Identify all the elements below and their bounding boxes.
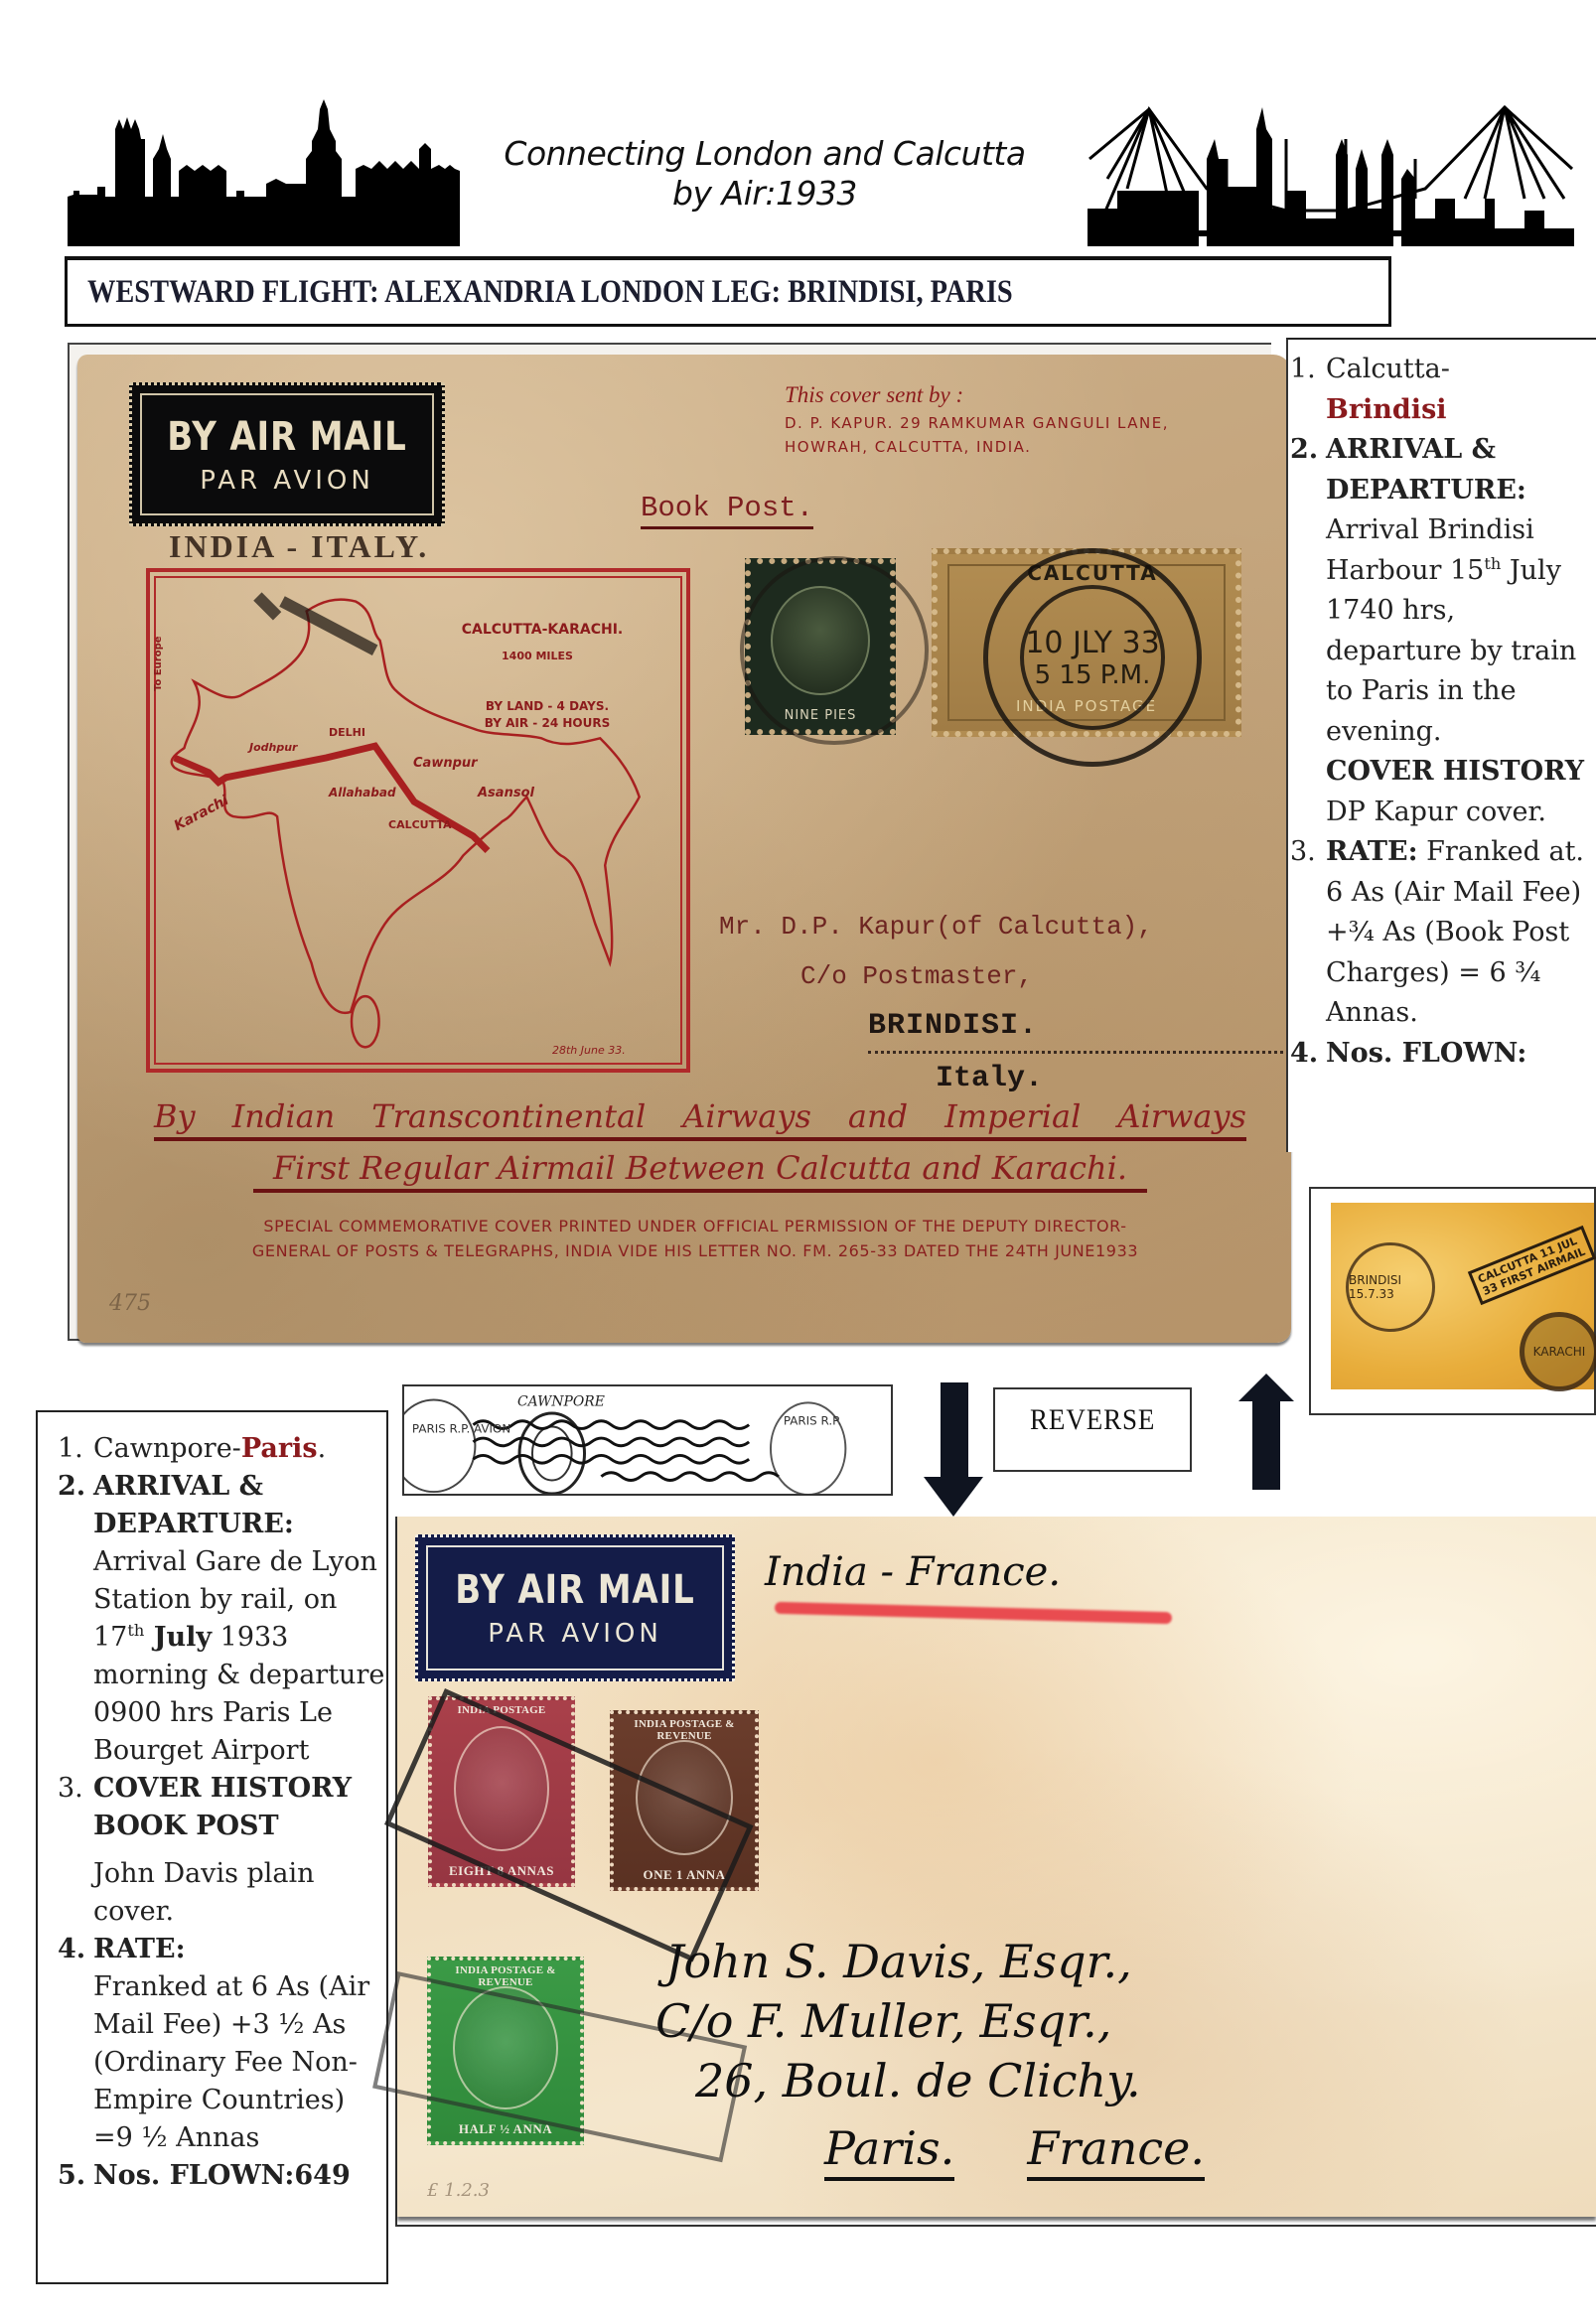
- postmark-time: 5 15 P.M.: [1035, 660, 1151, 690]
- commemorative-line-2: GENERAL OF POSTS & TELEGRAPHS, INDIA VID…: [149, 1238, 1241, 1263]
- ordinal-suffix: th: [1484, 554, 1501, 573]
- arrival-heading: ARRIVAL & DEPARTURE:: [93, 1471, 294, 1539]
- rate-text: Franked at 6 As (Air Mail Fee) +3 ½ As (…: [93, 1971, 369, 2153]
- airmail-label-line2: PAR AVION: [488, 1619, 662, 1649]
- item-number: 5.: [58, 2157, 93, 2195]
- airmail-label-line2: PAR AVION: [200, 466, 374, 496]
- map-distance: 1400 MILES: [438, 650, 637, 662]
- arrow-up-icon: [1238, 1374, 1294, 1490]
- info-item-rate: 4. RATE: Franked at 6 As (Air Mail Fee) …: [58, 1931, 386, 2157]
- right-info-panel: 1. Calcutta-Brindisi 2. ARRIVAL & DEPART…: [1286, 338, 1596, 1152]
- addressee-line-4: Italy.: [936, 1054, 1295, 1103]
- pencil-note: £ 1.2.3: [427, 2180, 490, 2201]
- postmark-date: 10 JLY 33: [1025, 626, 1159, 660]
- airways-word: Airways: [1117, 1097, 1246, 1135]
- address-city: Paris.: [824, 2121, 954, 2181]
- flight-banner: WESTWARD FLIGHT: ALEXANDRIA LONDON LEG: …: [65, 256, 1391, 327]
- airmail-label-line1: BY AIR MAIL: [167, 414, 406, 460]
- address-country: France.: [1027, 2121, 1205, 2181]
- airways-line-2: First Regular Airmail Between Calcutta a…: [253, 1149, 1147, 1193]
- airmail-label-line1: BY AIR MAIL: [455, 1567, 694, 1613]
- route-destination: Paris: [241, 1433, 318, 1464]
- airmail-label: BY AIR MAIL PAR AVION: [129, 382, 445, 526]
- item-number: 3.: [1290, 832, 1326, 1034]
- arrow-down-icon: [924, 1382, 983, 1517]
- map-label-jodhpur: Jodhpur: [249, 741, 298, 754]
- airmail-label-blue: BY AIR MAIL PAR AVION: [415, 1534, 735, 1681]
- address-line-1: John S. Davis, Esqr.,: [665, 1932, 1205, 1991]
- reverse-label-text: REVERSE: [1030, 1403, 1155, 1437]
- cover-history-text: John Davis plain cover.: [93, 1855, 386, 1931]
- map-by-air: BY AIR - 24 HOURS: [438, 716, 656, 730]
- reverse-backstamp-strip: PARIS R.P. AVION CAWNPORE PARIS R.P.: [402, 1384, 893, 1496]
- svg-text:PARIS R.P. AVION: PARIS R.P. AVION: [412, 1421, 510, 1435]
- addressee-block: Mr. D.P. Kapur(of Calcutta), C/o Postmas…: [719, 902, 1295, 1103]
- airways-word: By: [154, 1097, 196, 1135]
- airways-line-1: ByIndianTranscontinentalAirwaysandImperi…: [154, 1097, 1246, 1141]
- brindisi-postmark: BRINDISI 15.7.33: [1346, 1242, 1435, 1332]
- route-note: India - France.: [765, 1549, 1061, 1595]
- info-item-arrival: 2. ARRIVAL & DEPARTURE: Arrival Gare de …: [58, 1468, 386, 1770]
- karachi-postmark: KARACHI: [1520, 1312, 1596, 1391]
- handwritten-address: John S. Davis, Esqr., C/o F. Muller, Esq…: [646, 1932, 1205, 2178]
- sender-line-1: D. P. KAPUR. 29 RAMKUMAR GANGULI LANE,: [785, 414, 1169, 432]
- rate-heading: RATE:: [1326, 836, 1418, 867]
- cover-history-heading: COVER HISTORY: [1326, 756, 1584, 787]
- arrival-text-cont: 1933 morning & departure 0900 hrs Paris …: [93, 1622, 384, 1766]
- airways-word: and: [848, 1097, 908, 1135]
- airways-word: Airways: [682, 1097, 811, 1135]
- backstamp-inset: BRINDISI 15.7.33 CALCUTTA 11 JUL 33 FIRS…: [1309, 1187, 1596, 1415]
- route-map: CALCUTTA-KARACHI. 1400 MILES BY LAND - 4…: [146, 568, 690, 1073]
- cover-history-text: DP Kapur cover.: [1326, 797, 1546, 827]
- postmark-left: [740, 556, 929, 745]
- map-label-calcutta: CALCUTTA: [388, 818, 452, 831]
- howrah-bridge-skyline-icon: [1088, 99, 1574, 246]
- title-line-2: by Air:1933: [467, 174, 1063, 214]
- address-line-3: 26, Boul. de Clichy.: [695, 2051, 1205, 2110]
- route-suffix: .: [318, 1433, 327, 1464]
- stamp-top-text: INDIA POSTAGE & REVENUE: [614, 1718, 755, 1742]
- map-label-asansol: Asansol: [478, 786, 534, 800]
- info-item-flown: 5. Nos. FLOWN:649: [58, 2157, 386, 2195]
- info-item-history: 3. COVER HISTORY BOOK POST John Davis pl…: [58, 1770, 386, 1931]
- route-text: Calcutta-: [1326, 354, 1450, 384]
- map-label-allahabad: Allahabad: [329, 786, 396, 799]
- item-number: 1.: [1290, 350, 1326, 430]
- map-title: CALCUTTA-KARACHI.: [418, 622, 666, 638]
- airways-word: Imperial: [944, 1097, 1081, 1135]
- addressee-line-3: BRINDISI.: [868, 1001, 1295, 1054]
- route-text: Cawnpore-: [93, 1433, 241, 1464]
- airways-inscription: ByIndianTranscontinentalAirwaysandImperi…: [154, 1097, 1246, 1193]
- item-number: 2.: [58, 1468, 93, 1770]
- sender-block: This cover sent by : D. P. KAPUR. 29 RAM…: [785, 382, 1169, 456]
- flown-heading: Nos. FLOWN:: [1326, 1034, 1596, 1075]
- route-destination: Brindisi: [1326, 394, 1447, 425]
- book-post-label: Book Post.: [641, 492, 813, 529]
- page-title: Connecting London and Calcutta by Air:19…: [467, 134, 1063, 214]
- info-item-route: 1. Calcutta-Brindisi: [1290, 350, 1596, 430]
- map-signature-date: 28th June 33.: [552, 1044, 626, 1057]
- route-cachet: INDIA - ITALY.: [169, 528, 429, 565]
- sender-line-2: HOWRAH, CALCUTTA, INDIA.: [785, 438, 1169, 456]
- svg-text:PARIS R.P.: PARIS R.P.: [784, 1414, 841, 1428]
- arrival-month: July: [144, 1622, 212, 1653]
- reverse-label: REVERSE: [993, 1387, 1192, 1472]
- address-line-2: C/o F. Muller, Esqr.,: [655, 1991, 1205, 2051]
- info-item-rate: 3. RATE: Franked at. 6 As (Air Mail Fee)…: [1290, 832, 1596, 1034]
- london-skyline-icon: [68, 99, 460, 246]
- info-item-route: 1. Cawnpore-Paris.: [58, 1430, 386, 1468]
- item-number: 1.: [58, 1430, 93, 1468]
- item-number: 4.: [58, 1931, 93, 2157]
- map-label-delhi: DELHI: [329, 726, 365, 739]
- info-item-flown: 4. Nos. FLOWN:: [1290, 1034, 1596, 1075]
- sender-heading: This cover sent by :: [785, 382, 1169, 408]
- flown-count: Nos. FLOWN:649: [93, 2157, 386, 2195]
- item-number: 2.: [1290, 430, 1326, 832]
- item-number: 4.: [1290, 1034, 1326, 1075]
- commemorative-line-1: SPECIAL COMMEMORATIVE COVER PRINTED UNDE…: [149, 1214, 1241, 1238]
- first-airmail-cachet: CALCUTTA 11 JUL 33 FIRST AIRMAIL: [1468, 1226, 1596, 1305]
- flight-banner-text: WESTWARD FLIGHT: ALEXANDRIA LONDON LEG: …: [87, 274, 1013, 311]
- left-info-panel: 1. Cawnpore-Paris. 2. ARRIVAL & DEPARTUR…: [36, 1410, 388, 2284]
- info-item-arrival: 2. ARRIVAL & DEPARTURE: Arrival Brindisi…: [1290, 430, 1596, 832]
- item-number: 3.: [58, 1770, 93, 1931]
- svg-text:CAWNPORE: CAWNPORE: [517, 1393, 605, 1409]
- map-by-land: BY LAND - 4 DAYS.: [438, 699, 656, 713]
- airways-word: Transcontinental: [371, 1097, 646, 1135]
- arrival-heading: ARRIVAL & DEPARTURE:: [1326, 434, 1526, 506]
- map-label-cawnpur: Cawnpur: [413, 756, 478, 771]
- postmark-calcutta: CALCUTTA 10 JLY 33 5 15 P.M.: [983, 548, 1202, 767]
- addressee-line-1: Mr. D.P. Kapur(of Calcutta),: [719, 902, 1295, 951]
- ordinal-suffix: th: [127, 1621, 144, 1640]
- rate-heading: RATE:: [93, 1934, 186, 1964]
- map-label-europe: To Europe: [153, 636, 164, 691]
- postmark-city: CALCUTTA: [1027, 561, 1158, 585]
- cover-history-heading: COVER HISTORY BOOK POST: [93, 1773, 352, 1841]
- pencil-note: 475: [109, 1291, 151, 1316]
- addressee-line-2: C/o Postmaster,: [800, 951, 1295, 1001]
- commemorative-text: SPECIAL COMMEMORATIVE COVER PRINTED UNDE…: [149, 1214, 1241, 1263]
- title-line-1: Connecting London and Calcutta: [504, 134, 1025, 173]
- airways-word: Indian: [232, 1097, 336, 1135]
